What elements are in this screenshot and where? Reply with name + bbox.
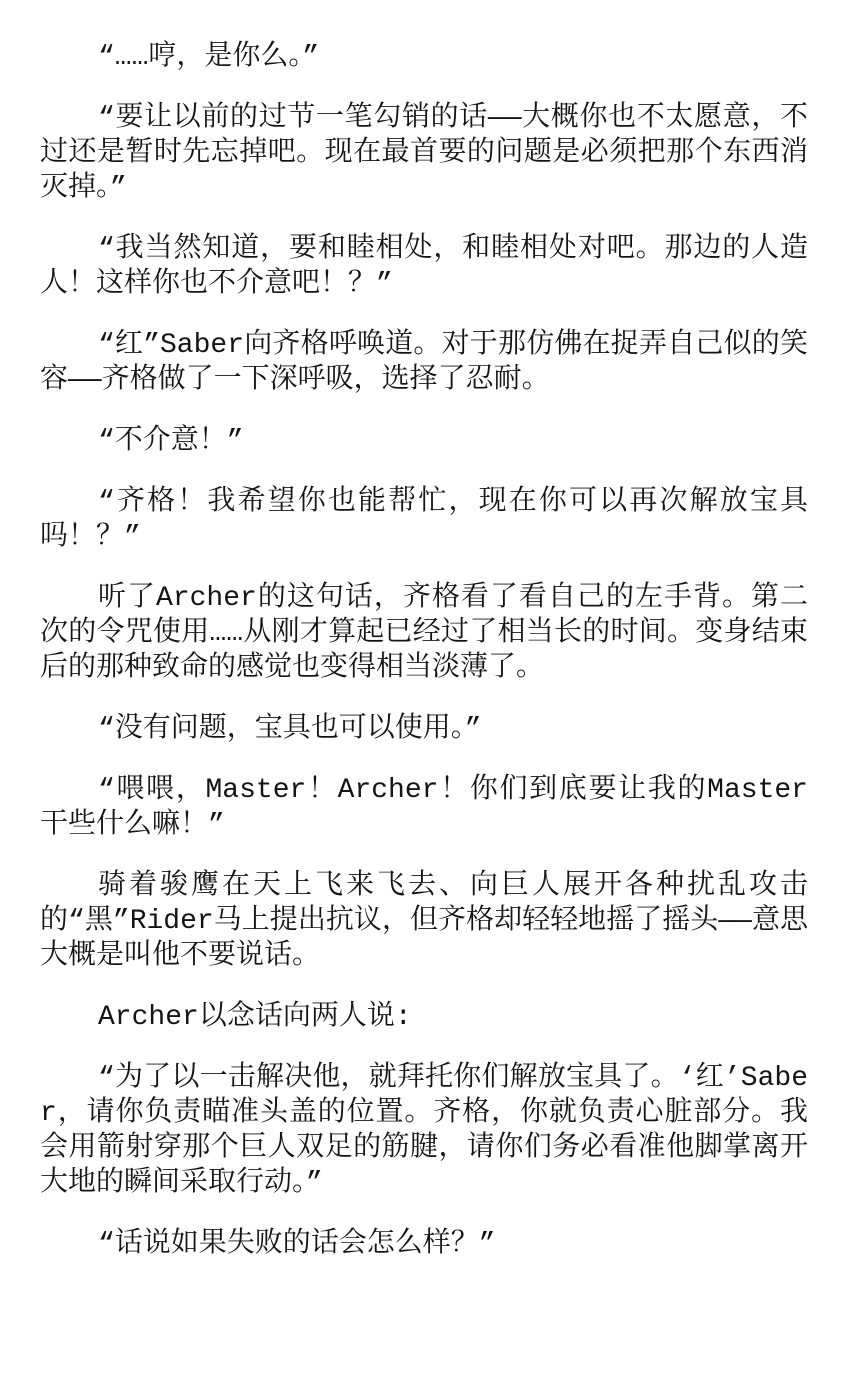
paragraph: 骑着骏鹰在天上飞来飞去、向巨人展开各种扰乱攻击的“黑”Rider马上提出抗议，但…	[40, 869, 808, 974]
paragraph: “话说如果失败的话会怎么样？”	[40, 1227, 808, 1262]
paragraph: “喂喂，Master！Archer！你们到底要让我的Master干些什么嘛！”	[40, 773, 808, 843]
paragraph: 听了Archer的这句话，齐格看了看自己的左手背。第二次的令咒使用……从刚才算起…	[40, 581, 808, 686]
paragraph: “为了以一击解决他，就拜托你们解放宝具了。‘红’Saber，请你负责瞄准头盖的位…	[40, 1061, 808, 1201]
paragraph: “我当然知道，要和睦相处，和睦相处对吧。那边的人造人！这样你也不介意吧！？”	[40, 232, 808, 302]
document-page: “……哼，是你么。” “要让以前的过节一笔勾销的话——大概你也不太愿意，不过还是…	[0, 0, 850, 1400]
paragraph: “没有问题，宝具也可以使用。”	[40, 712, 808, 747]
paragraph: “要让以前的过节一笔勾销的话——大概你也不太愿意，不过还是暂时先忘掉吧。现在最首…	[40, 101, 808, 206]
paragraph: “红”Saber向齐格呼唤道。对于那仿佛在捉弄自己似的笑容——齐格做了一下深呼吸…	[40, 328, 808, 398]
paragraph: Archer以念话向两人说:	[40, 1000, 808, 1035]
paragraph: “齐格！我希望你也能帮忙，现在你可以再次解放宝具吗！？”	[40, 485, 808, 555]
paragraph: “……哼，是你么。”	[40, 40, 808, 75]
paragraph: “不介意！”	[40, 424, 808, 459]
